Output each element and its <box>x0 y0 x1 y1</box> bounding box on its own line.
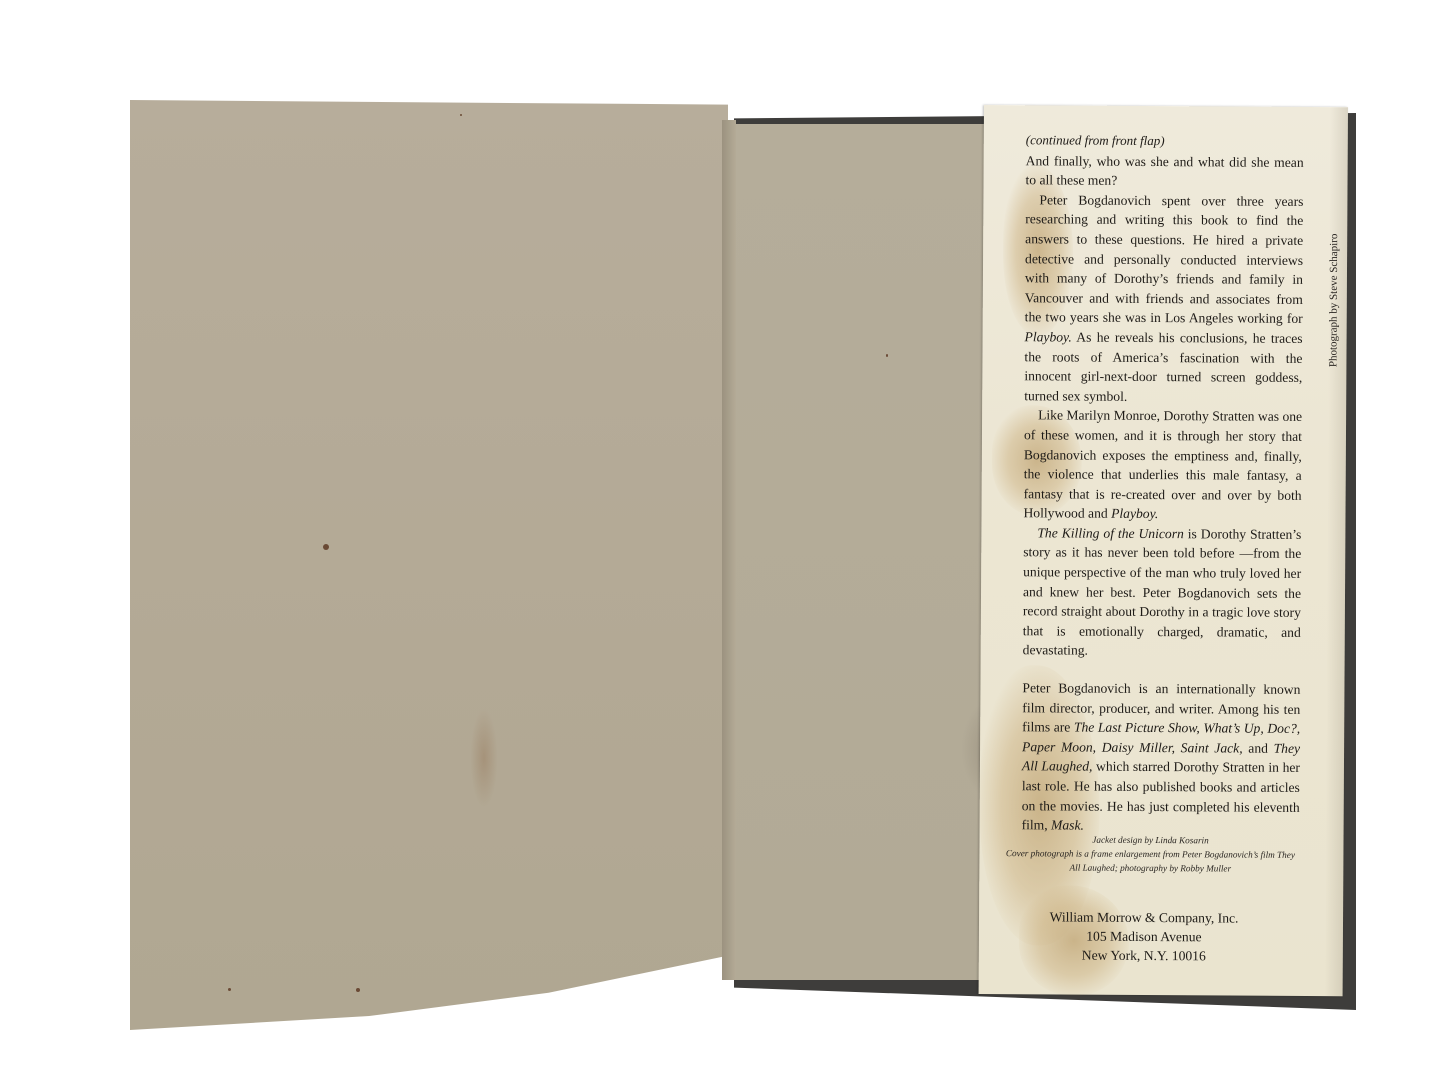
paragraph-2: Peter Bogdanovich spent over three years… <box>1024 190 1303 407</box>
flap-body-text: (continued from front flap) And finally,… <box>1022 130 1304 836</box>
foxing-spot <box>460 114 462 116</box>
paragraph-4: The Killing of the Unicorn is Dorothy St… <box>1023 523 1302 662</box>
publisher-address: William Morrow & Company, Inc. 105 Madis… <box>1029 907 1259 965</box>
author-bio: Peter Bogdanovich is an internationally … <box>1022 678 1301 836</box>
publisher-name: William Morrow & Company, Inc. <box>1029 907 1259 927</box>
author-photo-credit: Photograph by Steve Schapiro <box>1327 234 1340 368</box>
dust-jacket-back-flap: (continued from front flap) And finally,… <box>979 105 1348 996</box>
publisher-street: 105 Madison Avenue <box>1029 926 1259 946</box>
foxing-spot <box>356 988 360 992</box>
jacket-credits: Jacket design by Linda Kosarin Cover pho… <box>1005 832 1295 876</box>
continued-note: (continued from front flap) <box>1026 130 1304 151</box>
paragraph-1: And finally, who was she and what did sh… <box>1025 151 1303 192</box>
page-stain <box>470 708 498 808</box>
left-endpaper <box>130 100 728 1030</box>
foxing-spot <box>886 354 888 357</box>
paragraph-3: Like Marilyn Monroe, Dorothy Stratten wa… <box>1023 406 1302 525</box>
foxing-spot <box>323 544 329 550</box>
right-endpaper <box>736 124 998 980</box>
cover-photo-credit: Cover photograph is a frame enlargement … <box>1005 846 1295 876</box>
publisher-city: New York, N.Y. 10016 <box>1029 945 1259 965</box>
foxing-spot <box>228 988 231 991</box>
book-gutter <box>722 120 736 980</box>
